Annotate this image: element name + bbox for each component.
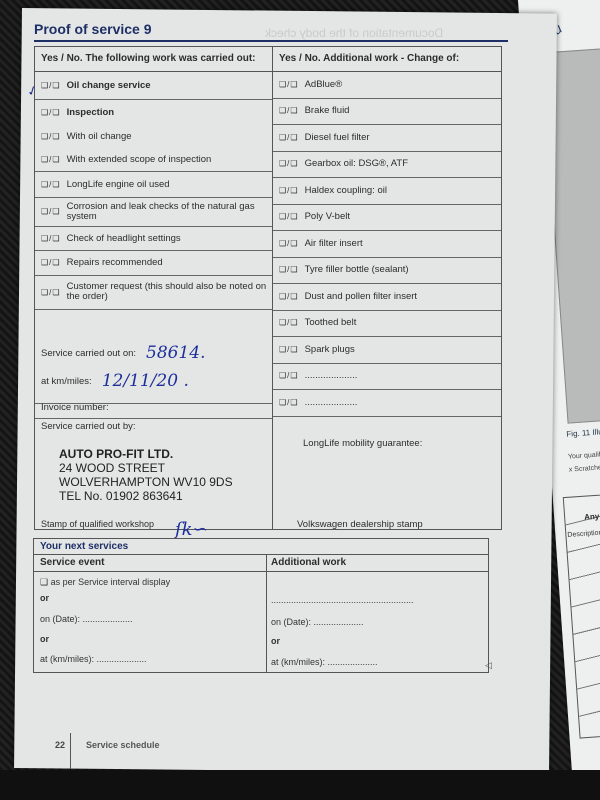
stamp-street: 24 WOOD STREET — [59, 461, 233, 475]
scratches-text: x Scratches — [569, 464, 600, 474]
work-item-label: Customer request (this should also be no… — [67, 282, 272, 302]
additional-work-field[interactable]: ........................................… — [271, 595, 414, 605]
page-number: 22 — [55, 740, 65, 750]
yes-no-checkbox[interactable]: ❑/❑ — [279, 186, 299, 195]
yes-no-checkbox[interactable]: ❑/❑ — [279, 345, 299, 354]
yes-no-checkbox[interactable]: ❑/❑ — [279, 80, 299, 89]
work-item-label: Oil change service — [67, 80, 151, 91]
work-item-row[interactable]: ❑/❑Customer request (this should also be… — [35, 275, 272, 310]
additional-work-row[interactable]: ❑/❑.................... — [273, 389, 501, 417]
right-column-header: Yes / No. Additional work - Change of: — [273, 47, 501, 72]
additional-work-label: .................... — [305, 397, 358, 408]
additional-work-label: Toothed belt — [305, 317, 357, 328]
yes-no-checkbox[interactable]: ❑/❑ — [279, 159, 299, 168]
work-item-label: Repairs recommended — [67, 257, 163, 268]
additional-work-row[interactable]: ❑/❑AdBlue® — [273, 71, 501, 99]
invoice-number-field[interactable]: Invoice number: — [35, 397, 272, 419]
longlife-guarantee-label: LongLife mobility guarantee: — [273, 435, 501, 451]
additional-work-row[interactable]: ❑/❑Toothed belt — [273, 310, 501, 338]
or-label: or — [271, 636, 280, 646]
additional-work-label: Dust and pollen filter insert — [305, 291, 417, 302]
title-divider — [34, 40, 508, 42]
yes-no-checkbox[interactable]: ❑/❑ — [279, 133, 299, 142]
invoice-label: Invoice number: — [41, 402, 109, 413]
damage-table-title: Any d — [584, 511, 600, 522]
next-km-field[interactable]: at (km/miles): .................... — [40, 654, 147, 664]
service-event-header: Service event — [40, 557, 105, 568]
service-form: Yes / No. The following work was carried… — [34, 46, 502, 530]
additional-work-label: Diesel fuel filter — [305, 132, 370, 143]
yes-no-checkbox[interactable]: ❑/❑ — [41, 132, 61, 141]
divider — [34, 554, 488, 555]
carried-out-by-label: Service carried out by: — [35, 418, 272, 434]
work-item-row[interactable]: ❑/❑Repairs recommended — [35, 250, 272, 276]
work-item-row[interactable]: ❑/❑LongLife engine oil used — [35, 171, 272, 198]
work-item-row[interactable]: ❑/❑✓Oil change service — [35, 71, 272, 100]
additional-work-row[interactable]: ❑/❑Tyre filler bottle (sealant) — [273, 257, 501, 285]
yes-no-checkbox[interactable]: ❑/❑✓ — [41, 81, 61, 90]
page-title: Proof of service 9 — [34, 21, 152, 37]
service-on-value: 58614. — [146, 343, 205, 363]
work-item-label: With extended scope of inspection — [67, 154, 212, 165]
additional-work-row[interactable]: ❑/❑Diesel fuel filter — [273, 124, 501, 152]
additional-work-label: .................... — [305, 370, 358, 381]
yes-no-checkbox[interactable]: ❑/❑ — [41, 258, 61, 267]
additional-work-row[interactable]: ❑/❑Haldex coupling: oil — [273, 177, 501, 205]
longlife-text: LongLife mobility guarantee: — [303, 438, 422, 449]
work-item-label: Check of headlight settings — [67, 233, 181, 244]
service-on-label: Service carried out on: — [41, 348, 136, 359]
page-turn-arrow-icon: ◁ — [485, 660, 492, 671]
work-item-row[interactable]: ❑/❑Corrosion and leak checks of the natu… — [35, 197, 272, 227]
yes-no-checkbox[interactable]: ❑/❑ — [279, 371, 299, 380]
next-services-title: Your next services — [40, 541, 128, 552]
footer-divider — [70, 733, 71, 769]
km-value: 12/11/20 . — [102, 371, 189, 391]
yes-no-checkbox[interactable]: ❑/❑ — [41, 288, 61, 297]
additional-work-row[interactable]: ❑/❑Air filter insert — [273, 230, 501, 258]
yes-no-checkbox[interactable]: ❑/❑ — [279, 239, 299, 248]
carried-out-by-text: Service carried out by: — [41, 421, 136, 432]
next-services-box: Your next services Service event Additio… — [33, 538, 489, 673]
additional-work-row[interactable]: ❑/❑Poly V-belt — [273, 204, 501, 232]
background-surface — [0, 770, 600, 800]
km-label: at km/miles: — [41, 376, 92, 387]
additional-km-field[interactable]: at (km/miles): .................... — [271, 657, 378, 667]
additional-work-row[interactable]: ❑/❑Dust and pollen filter insert — [273, 283, 501, 311]
work-carried-out-column: Yes / No. The following work was carried… — [35, 47, 273, 529]
work-item-label: LongLife engine oil used — [67, 179, 170, 190]
bleed-through-text: Documentation of the body check — [265, 26, 443, 40]
stamp-label-text: Stamp of qualified workshop — [41, 519, 154, 529]
additional-work-header: Additional work — [271, 557, 346, 568]
additional-work-label: Haldex coupling: oil — [305, 185, 387, 196]
service-date-field[interactable]: Service carried out on: 58614. at km/mil… — [35, 337, 272, 404]
work-item-row[interactable]: ❑/❑With extended scope of inspection — [35, 147, 272, 172]
vw-stamp-text: Volkswagen dealership stamp — [297, 519, 423, 530]
yes-no-checkbox[interactable]: ❑/❑ — [279, 318, 299, 327]
yes-no-checkbox[interactable]: ❑/❑ — [41, 234, 61, 243]
section-name: Service schedule — [86, 740, 160, 750]
additional-work-row[interactable]: ❑/❑Gearbox oil: DSG®, ATF — [273, 151, 501, 179]
interval-checkbox[interactable]: ❑ as per Service interval display — [40, 577, 170, 588]
additional-date-field[interactable]: on (Date): .................... — [271, 617, 364, 627]
yes-no-checkbox[interactable]: ❑/❑ — [279, 292, 299, 301]
additional-work-label: Gearbox oil: DSG®, ATF — [305, 158, 408, 169]
additional-work-label: Poly V-belt — [305, 211, 350, 222]
yes-no-checkbox[interactable]: ❑/❑ — [41, 207, 61, 216]
or-label: or — [40, 634, 49, 644]
work-item-row[interactable]: ❑/❑Check of headlight settings — [35, 226, 272, 251]
qualified-text: Your qualified — [568, 451, 600, 461]
divider — [34, 571, 488, 572]
workshop-stamp: AUTO PRO-FIT LTD. 24 WOOD STREET WOLVERH… — [59, 447, 233, 503]
additional-work-row[interactable]: ❑/❑Brake fluid — [273, 98, 501, 126]
next-date-field[interactable]: on (Date): .................... — [40, 614, 133, 624]
additional-work-label: Brake fluid — [305, 105, 350, 116]
stamp-phone: TEL No. 01902 863641 — [59, 489, 233, 503]
or-label: or — [40, 593, 49, 603]
yes-no-checkbox[interactable]: ❑/❑ — [41, 155, 61, 164]
additional-work-label: Air filter insert — [305, 238, 363, 249]
divider — [266, 555, 267, 672]
damage-table — [563, 491, 600, 739]
yes-no-checkbox[interactable]: ❑/❑ — [279, 212, 299, 221]
stamp-label: Stamp of qualified workshop — [35, 517, 272, 531]
yes-no-checkbox[interactable]: ❑/❑ — [41, 108, 61, 117]
additional-work-column: Yes / No. Additional work - Change of: ❑… — [273, 47, 501, 529]
work-item-label: With oil change — [67, 131, 132, 142]
additional-work-label: AdBlue® — [305, 79, 343, 90]
work-item-label: Inspection — [67, 107, 115, 118]
work-item-label: Corrosion and leak checks of the natural… — [67, 202, 272, 222]
yes-no-checkbox[interactable]: ❑/❑ — [41, 180, 61, 189]
signature: ſk∽ — [175, 519, 208, 540]
figure-caption: Fig. 11 Illust — [566, 427, 600, 439]
yes-no-checkbox[interactable]: ❑/❑ — [279, 398, 299, 407]
yes-no-checkbox[interactable]: ❑/❑ — [279, 106, 299, 115]
stamp-company: AUTO PRO-FIT LTD. — [59, 447, 233, 461]
vw-stamp-label: Volkswagen dealership stamp — [273, 517, 501, 531]
additional-work-row[interactable]: ❑/❑.................... — [273, 363, 501, 391]
additional-work-label: Spark plugs — [305, 344, 355, 355]
work-item-row[interactable]: ❑/❑With oil change — [35, 125, 272, 147]
additional-work-row[interactable]: ❑/❑Spark plugs — [273, 336, 501, 364]
work-item-row[interactable]: ❑/❑Inspection — [35, 99, 272, 125]
yes-no-checkbox[interactable]: ❑/❑ — [279, 265, 299, 274]
stamp-city: WOLVERHAMPTON WV10 9DS — [59, 475, 233, 489]
additional-work-label: Tyre filler bottle (sealant) — [305, 264, 409, 275]
left-column-header: Yes / No. The following work was carried… — [35, 47, 272, 72]
